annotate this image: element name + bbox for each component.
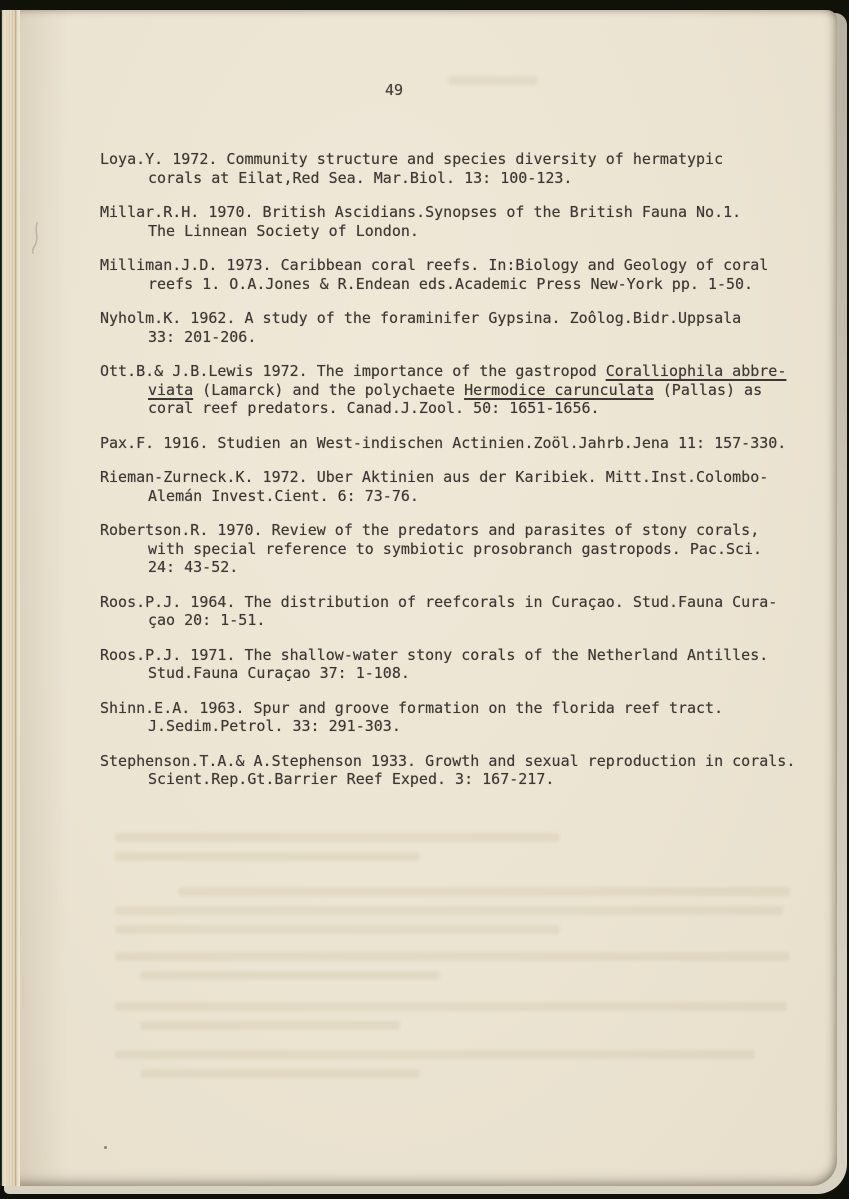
reference-text: Pax.F. 1916. Studien an West-indischen A… xyxy=(100,434,786,452)
reference-line: Shinn.E.A. 1963. Spur and groove formati… xyxy=(100,699,816,718)
reference-line: J.Sedim.Petrol. 33: 291-303. xyxy=(148,717,816,736)
bleed-through-line xyxy=(115,906,783,915)
bleed-through-line xyxy=(140,1069,420,1078)
reference-line: Nyholm.K. 1962. A study of the foraminif… xyxy=(100,309,816,328)
page-number: 49 xyxy=(385,81,403,100)
reference-line: Robertson.R. 1970. Review of the predato… xyxy=(100,521,816,540)
underlined-species-name: Hermodice carunculata xyxy=(464,381,654,399)
paper-speck xyxy=(104,1146,107,1149)
reference-text: Robertson.R. 1970. Review of the predato… xyxy=(100,521,759,539)
reference-text: Roos.P.J. 1964. The distribution of reef… xyxy=(100,593,777,611)
reference-text: Nyholm.K. 1962. A study of the foraminif… xyxy=(100,309,741,327)
bleed-through-line xyxy=(140,971,440,980)
reference-text: Alemán Invest.Cient. 6: 73-76. xyxy=(148,487,419,505)
reference-text: Shinn.E.A. 1963. Spur and groove formati… xyxy=(100,699,723,717)
reference-text: çao 20: 1-51. xyxy=(148,611,265,629)
reference-text: 24: 43-52. xyxy=(148,558,238,576)
bleed-through-line xyxy=(115,833,560,842)
underlined-species-name: Coralliophila abbre- xyxy=(606,362,787,380)
bleed-through-line xyxy=(115,852,420,861)
reference-line: Stephenson.T.A.& A.Stephenson 1933. Grow… xyxy=(100,752,816,771)
reference-line: Rieman-Zurneck.K. 1972. Uber Aktinien au… xyxy=(100,468,816,487)
reference-text: 33: 201-206. xyxy=(148,328,256,346)
reference-text: Ott.B.& J.B.Lewis 1972. The importance o… xyxy=(100,362,606,380)
reference-line: Stud.Fauna Curaçao 37: 1-108. xyxy=(148,664,816,683)
reference-entry: Milliman.J.D. 1973. Caribbean coral reef… xyxy=(100,256,816,293)
bleed-through-line xyxy=(178,887,790,896)
reference-line: 24: 43-52. xyxy=(148,558,816,577)
scanned-page: 49 Loya.Y. 1972. Community structure and… xyxy=(0,10,837,1186)
reference-text: J.Sedim.Petrol. 33: 291-303. xyxy=(148,717,401,735)
reference-line: viata (Lamarck) and the polychaete Hermo… xyxy=(148,381,816,400)
reference-line: çao 20: 1-51. xyxy=(148,611,816,630)
scanned-book-photo: 49 Loya.Y. 1972. Community structure and… xyxy=(0,0,849,1199)
reference-line: Pax.F. 1916. Studien an West-indischen A… xyxy=(100,434,816,453)
reference-line: Milliman.J.D. 1973. Caribbean coral reef… xyxy=(100,256,816,275)
reference-text: (Lamarck) and the polychaete xyxy=(193,381,464,399)
reference-line: corals at Eilat,Red Sea. Mar.Biol. 13: 1… xyxy=(148,169,816,188)
reference-line: Roos.P.J. 1971. The shallow-water stony … xyxy=(100,646,816,665)
reference-line: reefs 1. O.A.Jones & R.Endean eds.Academ… xyxy=(148,275,816,294)
reference-line: Alemán Invest.Cient. 6: 73-76. xyxy=(148,487,816,506)
reference-line: with special reference to symbiotic pros… xyxy=(148,540,816,559)
reference-text: Loya.Y. 1972. Community structure and sp… xyxy=(100,150,723,168)
reference-text: corals at Eilat,Red Sea. Mar.Biol. 13: 1… xyxy=(148,169,572,187)
reference-entry: Millar.R.H. 1970. British Ascidians.Syno… xyxy=(100,203,816,240)
reference-line: coral reef predators. Canad.J.Zool. 50: … xyxy=(148,399,816,418)
bleed-through-line xyxy=(448,76,538,85)
reference-line: Roos.P.J. 1964. The distribution of reef… xyxy=(100,593,816,612)
reference-line: Loya.Y. 1972. Community structure and sp… xyxy=(100,150,816,169)
reference-entry: Robertson.R. 1970. Review of the predato… xyxy=(100,521,816,577)
bleed-through-line xyxy=(115,952,790,961)
reference-line: Millar.R.H. 1970. British Ascidians.Syno… xyxy=(100,203,816,222)
reference-entry: Pax.F. 1916. Studien an West-indischen A… xyxy=(100,434,816,453)
reference-text: coral reef predators. Canad.J.Zool. 50: … xyxy=(148,399,600,417)
reference-line: The Linnean Society of London. xyxy=(148,222,816,241)
reference-line: Ott.B.& J.B.Lewis 1972. The importance o… xyxy=(100,362,816,381)
reference-text: Millar.R.H. 1970. British Ascidians.Syno… xyxy=(100,203,741,221)
reference-list: Loya.Y. 1972. Community structure and sp… xyxy=(100,150,816,805)
bleed-through-line xyxy=(140,1021,400,1030)
reference-text: Roos.P.J. 1971. The shallow-water stony … xyxy=(100,646,768,664)
reference-text: Milliman.J.D. 1973. Caribbean coral reef… xyxy=(100,256,768,274)
reference-text: with special reference to symbiotic pros… xyxy=(148,540,762,558)
reference-text: Stephenson.T.A.& A.Stephenson 1933. Grow… xyxy=(100,752,795,770)
reference-entry: Ott.B.& J.B.Lewis 1972. The importance o… xyxy=(100,362,816,418)
reference-text: Scient.Rep.Gt.Barrier Reef Exped. 3: 167… xyxy=(148,770,554,788)
reference-text: Stud.Fauna Curaçao 37: 1-108. xyxy=(148,664,410,682)
page-stack-edge xyxy=(0,10,20,1186)
bleed-through-line xyxy=(115,1002,787,1011)
reference-text: (Pallas) as xyxy=(654,381,762,399)
reference-entry: Rieman-Zurneck.K. 1972. Uber Aktinien au… xyxy=(100,468,816,505)
reference-line: 33: 201-206. xyxy=(148,328,816,347)
underlined-species-name: viata xyxy=(148,381,193,399)
gutter-shadow xyxy=(20,10,68,1186)
reference-entry: Loya.Y. 1972. Community structure and sp… xyxy=(100,150,816,187)
bleed-through-line xyxy=(115,925,560,934)
reference-entry: Roos.P.J. 1964. The distribution of reef… xyxy=(100,593,816,630)
reference-entry: Roos.P.J. 1971. The shallow-water stony … xyxy=(100,646,816,683)
reference-entry: Shinn.E.A. 1963. Spur and groove formati… xyxy=(100,699,816,736)
reference-text: The Linnean Society of London. xyxy=(148,222,419,240)
reference-entry: Nyholm.K. 1962. A study of the foraminif… xyxy=(100,309,816,346)
bleed-through-line xyxy=(115,1050,755,1059)
reference-entry: Stephenson.T.A.& A.Stephenson 1933. Grow… xyxy=(100,752,816,789)
reference-line: Scient.Rep.Gt.Barrier Reef Exped. 3: 167… xyxy=(148,770,816,789)
reference-text: reefs 1. O.A.Jones & R.Endean eds.Academ… xyxy=(148,275,753,293)
reference-text: Rieman-Zurneck.K. 1972. Uber Aktinien au… xyxy=(100,468,768,486)
pencil-mark xyxy=(28,220,46,256)
